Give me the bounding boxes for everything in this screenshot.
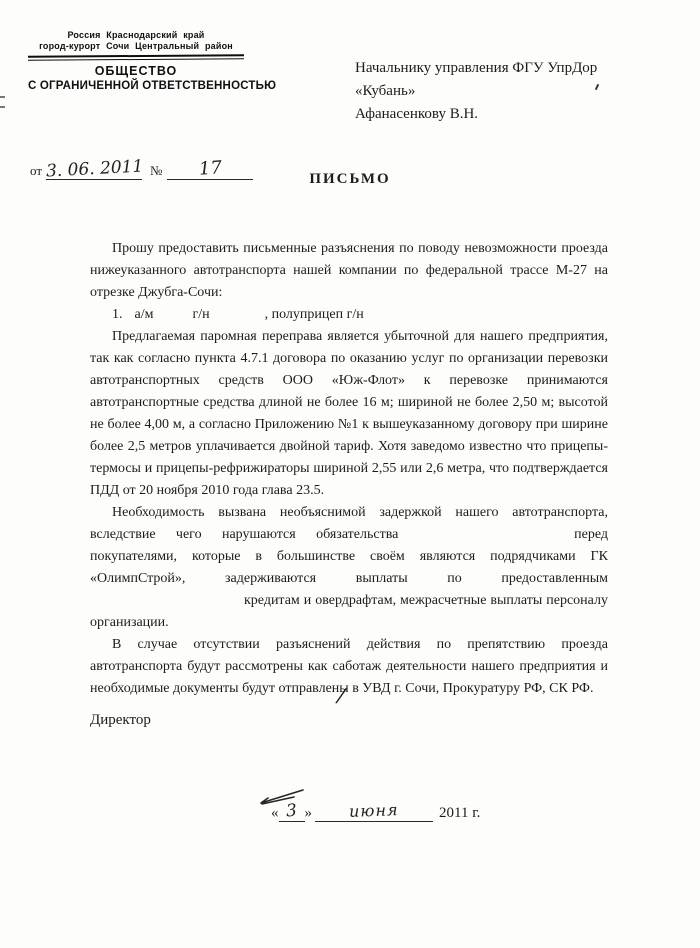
- letterhead: Россия Краснодарский край город-курорт С…: [28, 30, 244, 93]
- pen-speck: [595, 84, 599, 90]
- year-text: 2011 г.: [439, 805, 480, 822]
- blank-space: [153, 317, 192, 318]
- recipient-block: Начальнику управления ФГУ УпрДор «Кубань…: [355, 57, 597, 126]
- paragraph-4: В случае отсутствии разъяснений действия…: [90, 634, 608, 700]
- month-underline: июня: [315, 801, 433, 822]
- handwritten-day: 3: [285, 801, 298, 822]
- letter-body: Прошу предоставить письменные разъяснени…: [90, 238, 608, 700]
- letterhead-region-line2: город-курорт Сочи Центральный район: [28, 41, 244, 52]
- day-underline: 3: [279, 801, 305, 822]
- recipient-line3: Афанасенкову В.Н.: [355, 103, 597, 126]
- letterhead-divider: [28, 54, 244, 61]
- handwritten-month: июня: [349, 800, 399, 821]
- bottom-date-line: « 3 » июня 2011 г.: [271, 801, 480, 822]
- signature-title: Директор: [90, 712, 151, 729]
- close-quote: »: [305, 805, 313, 822]
- letterhead-region-line1: Россия Краснодарский край: [28, 30, 244, 41]
- letterhead-org-line1: ОБЩЕСТВО: [28, 64, 244, 79]
- list-item-plate-label: г/н: [192, 307, 209, 322]
- list-item-number: 1.: [112, 307, 123, 322]
- paragraph-2: Предлагаемая паромная переправа является…: [90, 326, 608, 502]
- paragraph-1: Прошу предоставить письменные разъяснени…: [90, 238, 608, 304]
- recipient-line1: Начальнику управления ФГУ УпрДор: [355, 57, 597, 80]
- scan-artifact: [0, 96, 5, 98]
- blank-space: [419, 537, 554, 538]
- paragraph-3-segment3: кредитам и овердрафтам, межрасчетные вып…: [90, 593, 608, 630]
- recipient-line2: «Кубань»: [355, 80, 597, 103]
- blank-space: [90, 603, 240, 604]
- scanned-letter-page: Россия Краснодарский край город-курорт С…: [0, 0, 700, 948]
- list-item-1: 1.а/мг/н, полуприцеп г/н: [90, 304, 608, 326]
- open-quote: «: [271, 805, 279, 822]
- blank-space: [210, 317, 265, 318]
- scan-artifact: [0, 106, 5, 108]
- letterhead-org-line2: С ОГРАНИЧЕННОЙ ОТВЕТСТВЕННОСТЬЮ: [28, 79, 244, 93]
- document-title: ПИСЬМО: [0, 171, 700, 188]
- list-item-trailer: , полуприцеп г/н: [265, 307, 364, 322]
- blank-space: [123, 317, 135, 318]
- list-item-vehicle: а/м: [135, 307, 154, 322]
- paragraph-3: Необходимость вызвана необъяснимой задер…: [90, 502, 608, 634]
